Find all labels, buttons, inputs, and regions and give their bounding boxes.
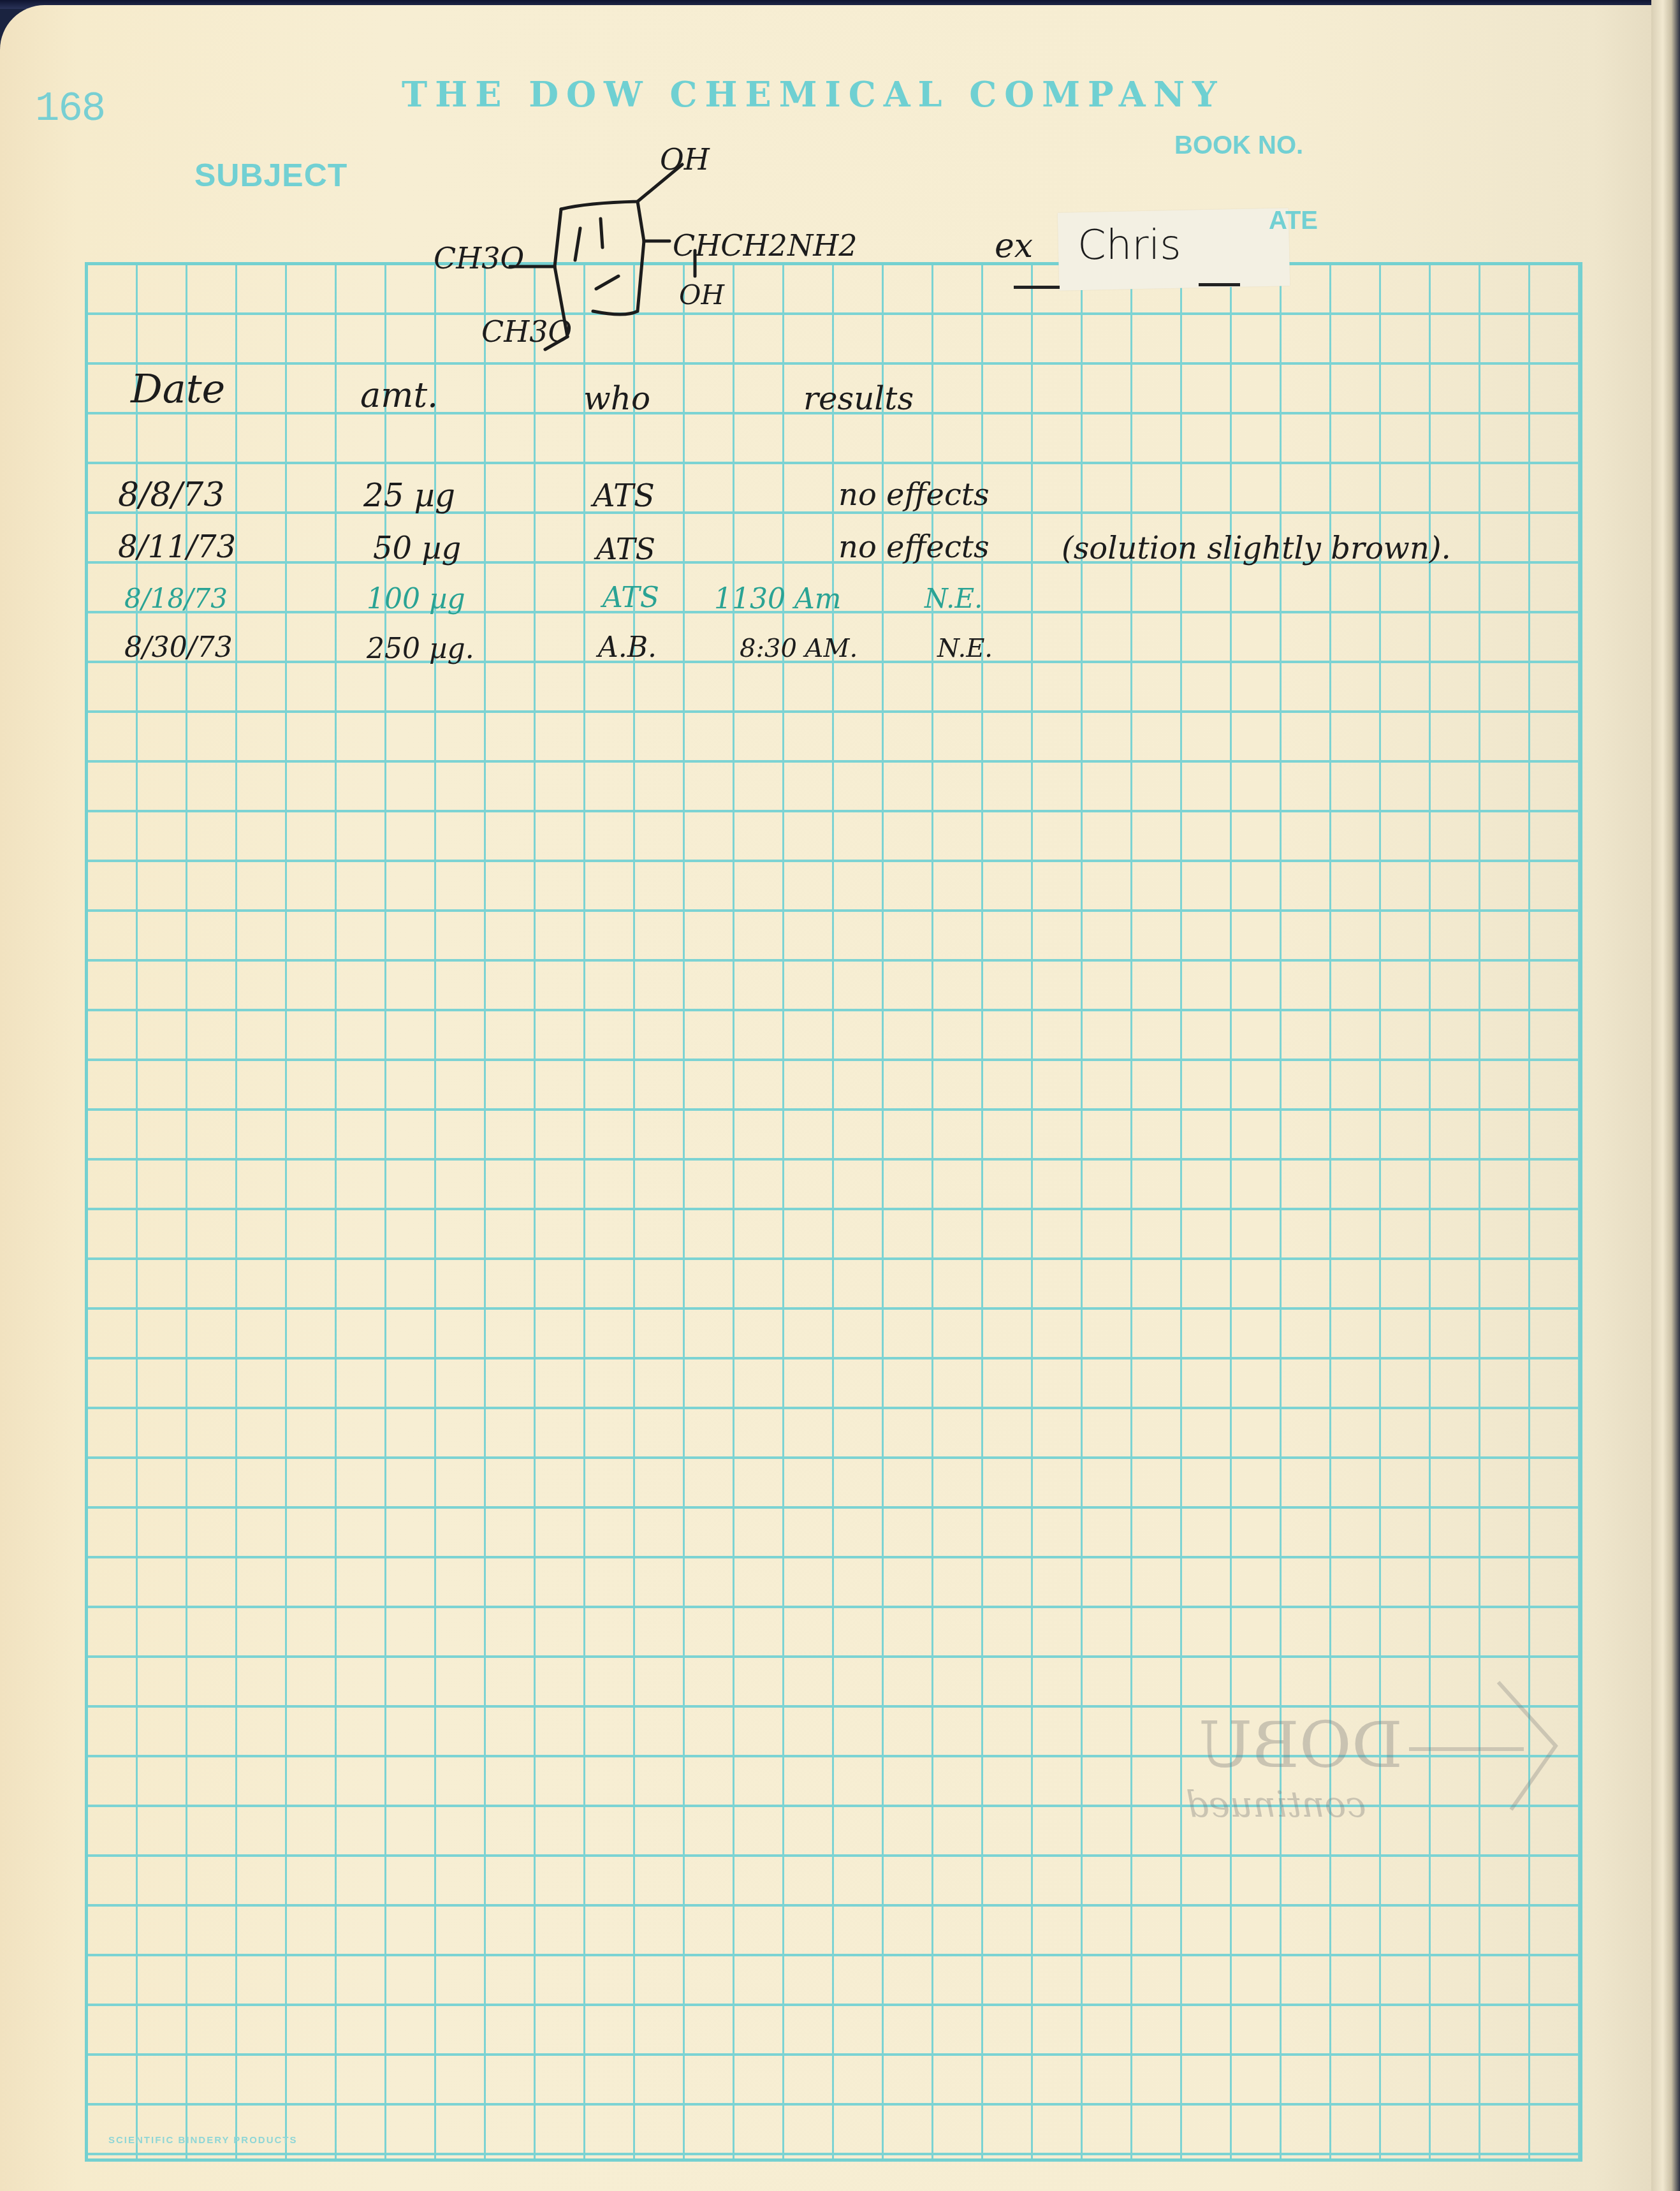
substituent-left: CH3O xyxy=(434,241,524,275)
source-prefix: ex xyxy=(995,227,1033,265)
row-amount: 25 µg xyxy=(363,477,455,514)
notebook-page: 168 THE DOW CHEMICAL COMPANY SUBJECT BOO… xyxy=(0,5,1651,2191)
page-number: 168 xyxy=(35,87,105,133)
source-name: Chris xyxy=(1077,222,1181,269)
row-who: ATS xyxy=(603,582,659,614)
row-result: no effects xyxy=(838,477,990,513)
side-chain: CHCH2NH2 xyxy=(673,228,858,263)
row-result: N.E. xyxy=(924,583,982,614)
book-number-label: BOOK NO. xyxy=(1174,131,1303,160)
printer-imprint: SCIENTIFIC BINDERY PRODUCTS xyxy=(108,2135,298,2146)
source-underline-left xyxy=(1014,286,1060,289)
chemical-structure: OH CH3O CH3O CHCH2NH2 OH xyxy=(434,145,956,362)
header-who: who xyxy=(583,380,650,417)
substituent-bottom-left: CH3O xyxy=(481,314,572,349)
row-date: 8/8/73 xyxy=(118,476,224,514)
company-header: THE DOW CHEMICAL COMPANY xyxy=(402,74,1225,115)
header-date: Date xyxy=(131,365,225,412)
row-date: 8/30/73 xyxy=(124,631,233,664)
row-time: 1130 Am xyxy=(714,583,841,615)
row-amount: 50 µg xyxy=(373,531,461,566)
row-amount: 100 µg xyxy=(367,583,465,615)
header-results: results xyxy=(803,380,914,417)
bleed-through-subtext: continued xyxy=(1186,1784,1366,1826)
subject-label: SUBJECT xyxy=(194,157,347,194)
bleed-through-text: DOBU xyxy=(1199,1708,1403,1782)
bleed-through-arrow-icon xyxy=(1403,1669,1575,1822)
row-time: 8:30 AM. xyxy=(740,634,858,663)
row-who: ATS xyxy=(593,478,655,514)
date-label: ATE xyxy=(1269,207,1318,235)
row-amount: 250 µg. xyxy=(367,633,474,665)
source-underline-right xyxy=(1199,283,1240,286)
row-who: ATS xyxy=(596,532,655,566)
row-who: A.B. xyxy=(598,631,657,664)
page-edge xyxy=(1651,0,1680,2191)
row-result: no effects xyxy=(838,529,990,565)
substituent-oh-top: OH xyxy=(660,142,710,177)
header-amount: amt. xyxy=(360,375,438,415)
row-result: N.E. xyxy=(937,634,993,663)
row-date: 8/18/73 xyxy=(124,583,228,614)
side-chain-oh: OH xyxy=(679,279,724,311)
row-date: 8/11/73 xyxy=(118,529,236,565)
row-note: (solution slightly brown). xyxy=(1062,531,1451,566)
